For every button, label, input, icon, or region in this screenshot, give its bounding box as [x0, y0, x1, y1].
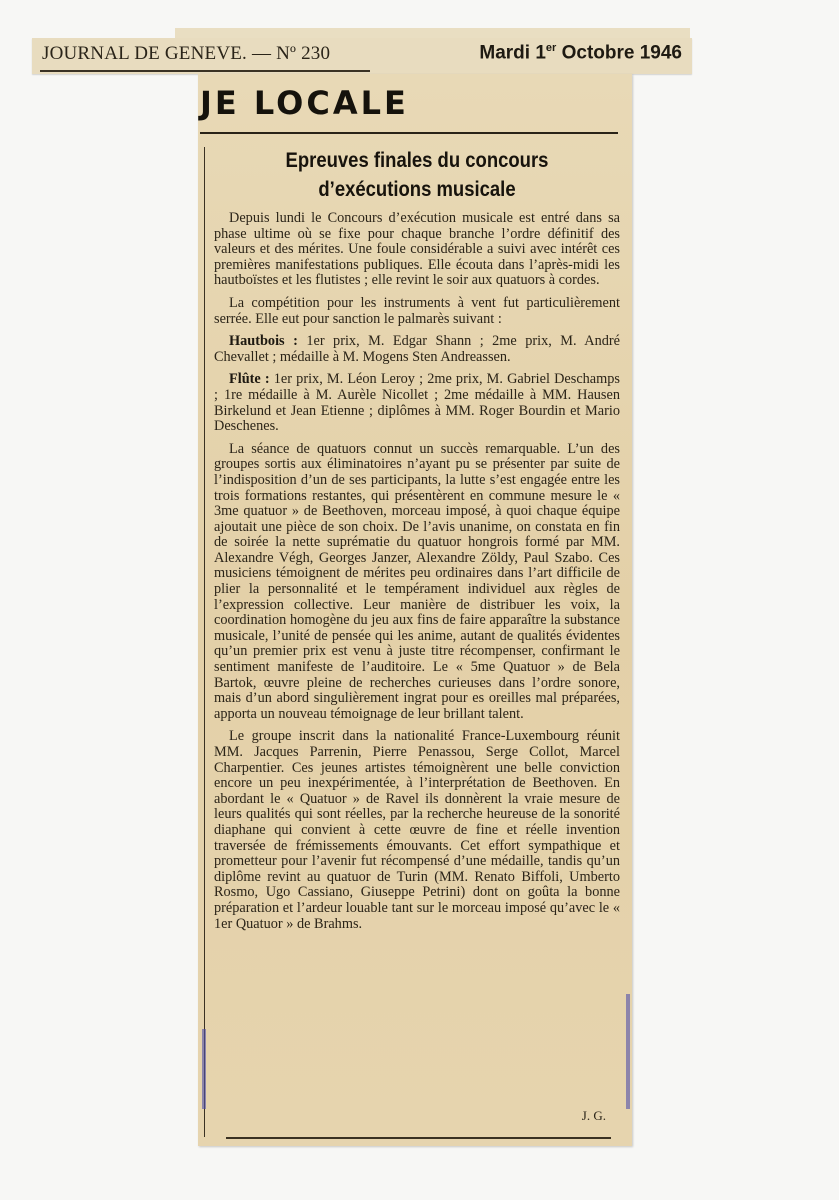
masthead-rule [40, 70, 370, 72]
publication-date: Mardi 1er Octobre 1946 [479, 42, 682, 64]
article-paragraph: La compétition pour les instruments à ve… [214, 296, 620, 327]
article-signature: J. G. [582, 1108, 606, 1124]
section-rule [200, 132, 618, 134]
article-paragraph: Depuis lundi le Concours d’exécution mus… [214, 211, 620, 289]
paragraph-text: 1er prix, M. Léon Leroy ; 2me prix, M. G… [214, 371, 620, 434]
article-paragraph: La séance de quatuors connut un succès r… [214, 442, 620, 723]
column-rule [204, 147, 205, 1137]
article-paragraph: Le groupe inscrit dans la nationalité Fr… [214, 729, 620, 932]
article-paragraph: Flûte : 1er prix, M. Léon Leroy ; 2me pr… [214, 372, 620, 434]
article-body: Depuis lundi le Concours d’exécution mus… [214, 211, 620, 939]
ink-stain [626, 994, 630, 1109]
paragraph-text: La séance de quatuors connut un succès r… [214, 441, 620, 722]
paragraph-lead: Hautbois : [229, 333, 298, 349]
article-clipping: JE LOCALE Epreuves finales du concours d… [198, 74, 632, 1146]
masthead-strip: JOURNAL DE GENEVE. — Nº 230 Mardi 1er Oc… [32, 38, 692, 74]
article-paragraph: Hautbois : 1er prix, M. Edgar Shann ; 2m… [214, 334, 620, 365]
publication-name: JOURNAL DE GENEVE. — Nº 230 [42, 43, 330, 65]
bottom-rule [226, 1137, 611, 1139]
paragraph-text: La compétition pour les instruments à ve… [214, 295, 620, 327]
ink-stain [202, 1029, 206, 1109]
section-title: JE LOCALE [200, 84, 409, 122]
paragraph-text: Le groupe inscrit dans la nationalité Fr… [214, 728, 620, 931]
paragraph-text: Depuis lundi le Concours d’exécution mus… [214, 210, 620, 288]
paragraph-lead: Flûte : [229, 371, 270, 387]
article-headline: Epreuves finales du concours d’exécution… [237, 146, 598, 204]
